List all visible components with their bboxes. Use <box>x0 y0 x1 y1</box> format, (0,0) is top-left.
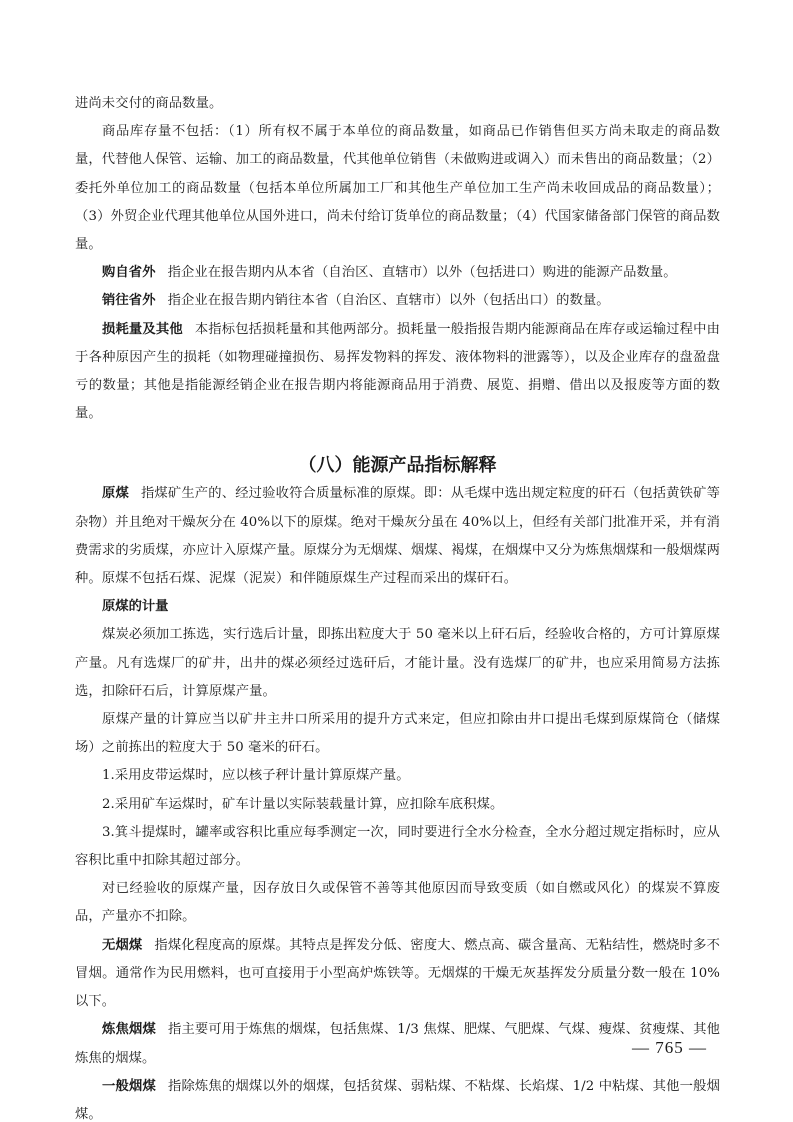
document-page: 进尚未交付的商品数量。 商品库存量不包括：（1）所有权不属于本单位的商品数量，如… <box>75 90 720 1122</box>
paragraph-inventory-exclusions: 商品库存量不包括：（1）所有权不属于本单位的商品数量，如商品已作销售但买方尚未取… <box>75 118 720 259</box>
term-label: 损耗量及其他 <box>102 322 183 337</box>
definition-coking-coal: 炼焦烟煤指主要可用于炼焦的烟煤，包括焦煤、1/3 焦煤、肥煤、气肥煤、气煤、瘦煤… <box>75 1016 720 1072</box>
definition-sold-outside-province: 销往省外指企业在报告期内销往本省（自治区、直辖市）以外（包括出口）的数量。 <box>75 287 720 315</box>
measurement-item-2: 2.采用矿车运煤时，矿车计量以实际装载量计算，应扣除车底积煤。 <box>75 791 720 819</box>
definition-general-bituminous-coal: 一般烟煤指除炼焦的烟煤以外的烟煤，包括贫煤、弱粘煤、不粘煤、长焰煤、1/2 中粘… <box>75 1073 720 1122</box>
term-label: 一般烟煤 <box>102 1079 156 1094</box>
definition-text: 指主要可用于炼焦的烟煤，包括焦煤、1/3 焦煤、肥煤、气肥煤、气煤、瘦煤、贫瘦煤… <box>75 1022 720 1065</box>
subheading-raw-coal-measurement: 原煤的计量 <box>75 593 720 621</box>
term-label: 购自省外 <box>102 265 156 280</box>
definition-loss-and-other: 损耗量及其他本指标包括损耗量和其他两部分。损耗量一般指报告期内能源商品在库存或运… <box>75 316 720 429</box>
page-number: — 765 — <box>632 1038 707 1058</box>
measurement-paragraph: 对已经验收的原煤产量，因存放日久或保管不善等其他原因而导致变质（如自燃或风化）的… <box>75 875 720 931</box>
definition-purchased-outside-province: 购自省外指企业在报告期内从本省（自治区、直辖市）以外（包括进口）购进的能源产品数… <box>75 259 720 287</box>
definition-raw-coal: 原煤指煤矿生产的、经过验收符合质量标准的原煤。即：从毛煤中选出规定粒度的矸石（包… <box>75 480 720 593</box>
definition-text: 指企业在报告期内从本省（自治区、直辖市）以外（包括进口）购进的能源产品数量。 <box>168 265 677 280</box>
term-label: 无烟煤 <box>102 938 142 953</box>
term-label: 炼焦烟煤 <box>102 1022 156 1037</box>
term-label: 原煤 <box>102 486 129 501</box>
spacer <box>75 428 720 452</box>
section-title: （八）能源产品指标解释 <box>75 452 720 480</box>
definition-text: 指除炼焦的烟煤以外的烟煤，包括贫煤、弱粘煤、不粘煤、长焰煤、1/2 中粘煤、其他… <box>75 1079 720 1122</box>
measurement-item-1: 1.采用皮带运煤时，应以核子秤计量计算原煤产量。 <box>75 762 720 790</box>
term-label: 销往省外 <box>102 293 156 308</box>
measurement-paragraph: 煤炭必须加工拣选，实行选后计量，即拣出粒度大于 50 毫米以上矸石后，经验收合格… <box>75 621 720 706</box>
definition-anthracite: 无烟煤指煤化程度高的原煤。其特点是挥发分低、密度大、燃点高、碳含量高、无粘结性，… <box>75 932 720 1017</box>
measurement-item-3: 3.箕斗提煤时，罐率或容积比重应每季测定一次，同时要进行全水分检查，全水分超过规… <box>75 819 720 875</box>
measurement-paragraph: 原煤产量的计算应当以矿井主井口所采用的提升方式来定，但应扣除由井口提出毛煤到原煤… <box>75 706 720 762</box>
paragraph-continuation: 进尚未交付的商品数量。 <box>75 90 720 118</box>
definition-text: 指煤化程度高的原煤。其特点是挥发分低、密度大、燃点高、碳含量高、无粘结性，燃烧时… <box>75 938 720 1009</box>
definition-text: 指企业在报告期内销往本省（自治区、直辖市）以外（包括出口）的数量。 <box>168 293 610 308</box>
definition-text: 指煤矿生产的、经过验收符合质量标准的原煤。即：从毛煤中选出规定粒度的矸石（包括黄… <box>75 486 720 586</box>
